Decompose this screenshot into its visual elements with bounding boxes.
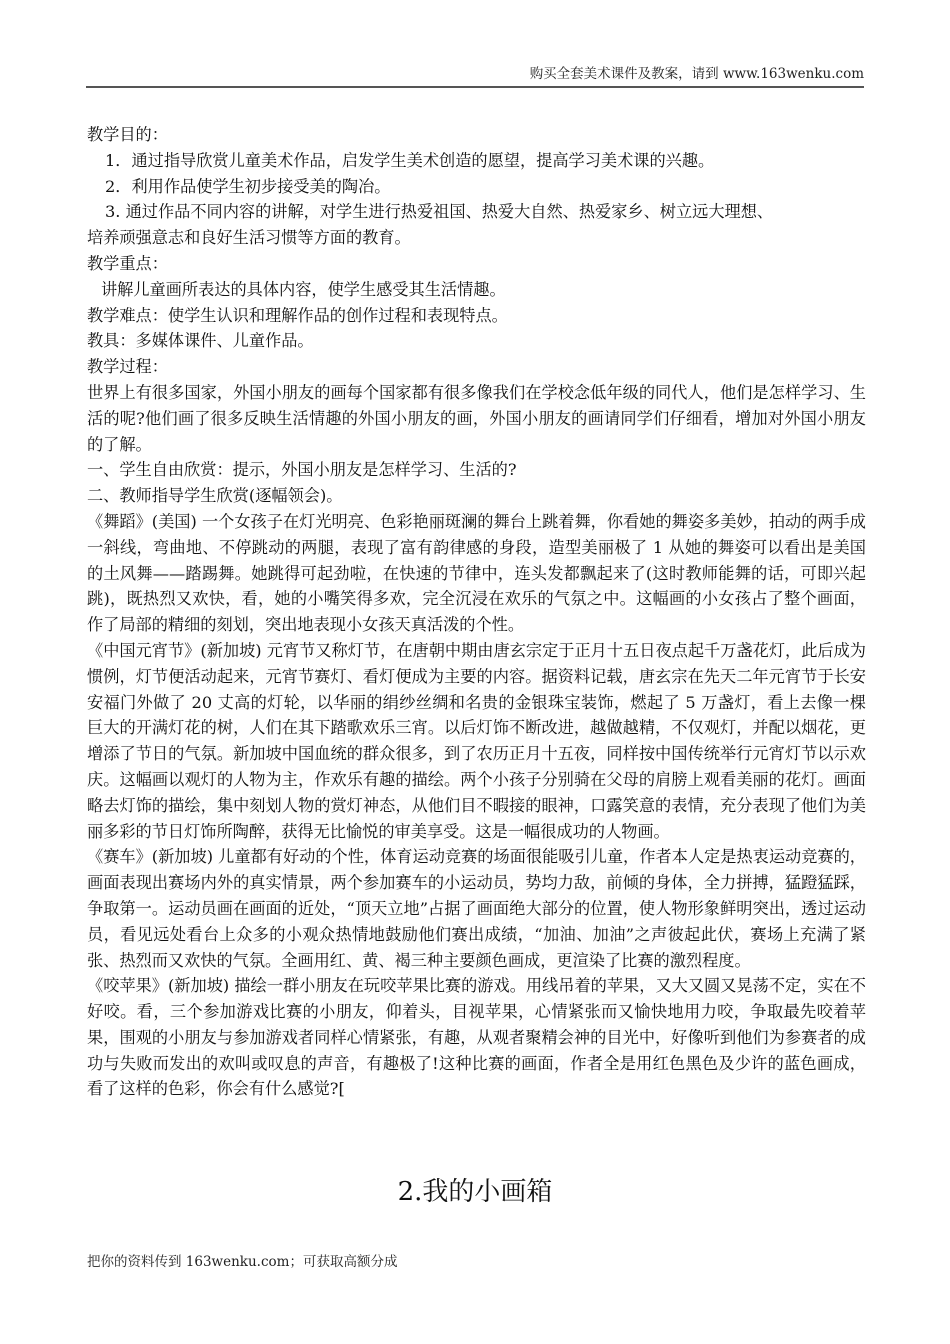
- artwork-lantern-festival: 《中国元宵节》(新加坡) 元宵节又称灯节，在唐朝中期由唐玄宗定于正月十五日夜点起…: [87, 638, 866, 844]
- process-heading: 教学过程：: [87, 354, 866, 380]
- artwork-apple-bobbing: 《咬苹果》(新加坡) 描绘一群小朋友在玩咬苹果比赛的游戏。用线吊着的苹果，又大又…: [87, 973, 866, 1102]
- next-lesson-title: 2.我的小画箱: [0, 1172, 950, 1212]
- document-body: 教学目的： 1．通过指导欣赏儿童美术作品，启发学生美术创造的愿望，提高学习美术课…: [87, 122, 866, 1102]
- page-header: 购买全套美术课件及教案，请到 www.163wenku.com: [86, 64, 864, 88]
- objective-item-continuation: 培养顽强意志和良好生活习惯等方面的教育。: [87, 225, 866, 251]
- process-intro: 世界上有很多国家，外国小朋友的画每个国家都有很多像我们在学校念低年级的同代人，他…: [87, 380, 866, 457]
- artwork-race: 《赛车》(新加坡) 儿童都有好动的个性，体育运动竞赛的场面很能吸引儿童，作者本人…: [87, 844, 866, 973]
- header-text: 购买全套美术课件及教案，请到 www.163wenku.com: [530, 66, 864, 82]
- page-footer: 把你的资料传到 163wenku.com；可获取高额分成: [87, 1252, 397, 1272]
- process-step-1: 一、学生自由欣赏：提示，外国小朋友是怎样学习、生活的?: [87, 457, 866, 483]
- objective-item: 3. 通过作品不同内容的讲解，对学生进行热爱祖国、热爱大自然、热爱家乡、树立远大…: [87, 199, 866, 225]
- objective-item: 2．利用作品使学生初步接受美的陶冶。: [87, 174, 866, 200]
- difficulty-text: 教学难点：使学生认识和理解作品的创作过程和表现特点。: [87, 303, 866, 329]
- artwork-dance: 《舞蹈》(美国) 一个女孩子在灯光明亮、色彩艳丽斑澜的舞台上跳着舞，你看她的舞姿…: [87, 509, 866, 638]
- document-page: 购买全套美术课件及教案，请到 www.163wenku.com 教学目的： 1．…: [0, 0, 950, 1344]
- key-points-heading: 教学重点：: [87, 251, 866, 277]
- objective-item: 1．通过指导欣赏儿童美术作品，启发学生美术创造的愿望，提高学习美术课的兴趣。: [87, 148, 866, 174]
- key-points-text: 讲解儿童画所表达的具体内容，使学生感受其生活情趣。: [87, 277, 866, 303]
- tools-text: 教具：多媒体课件、儿童作品。: [87, 328, 866, 354]
- process-step-2: 二、教师指导学生欣赏(逐幅领会)。: [87, 483, 866, 509]
- objectives-heading: 教学目的：: [87, 122, 866, 148]
